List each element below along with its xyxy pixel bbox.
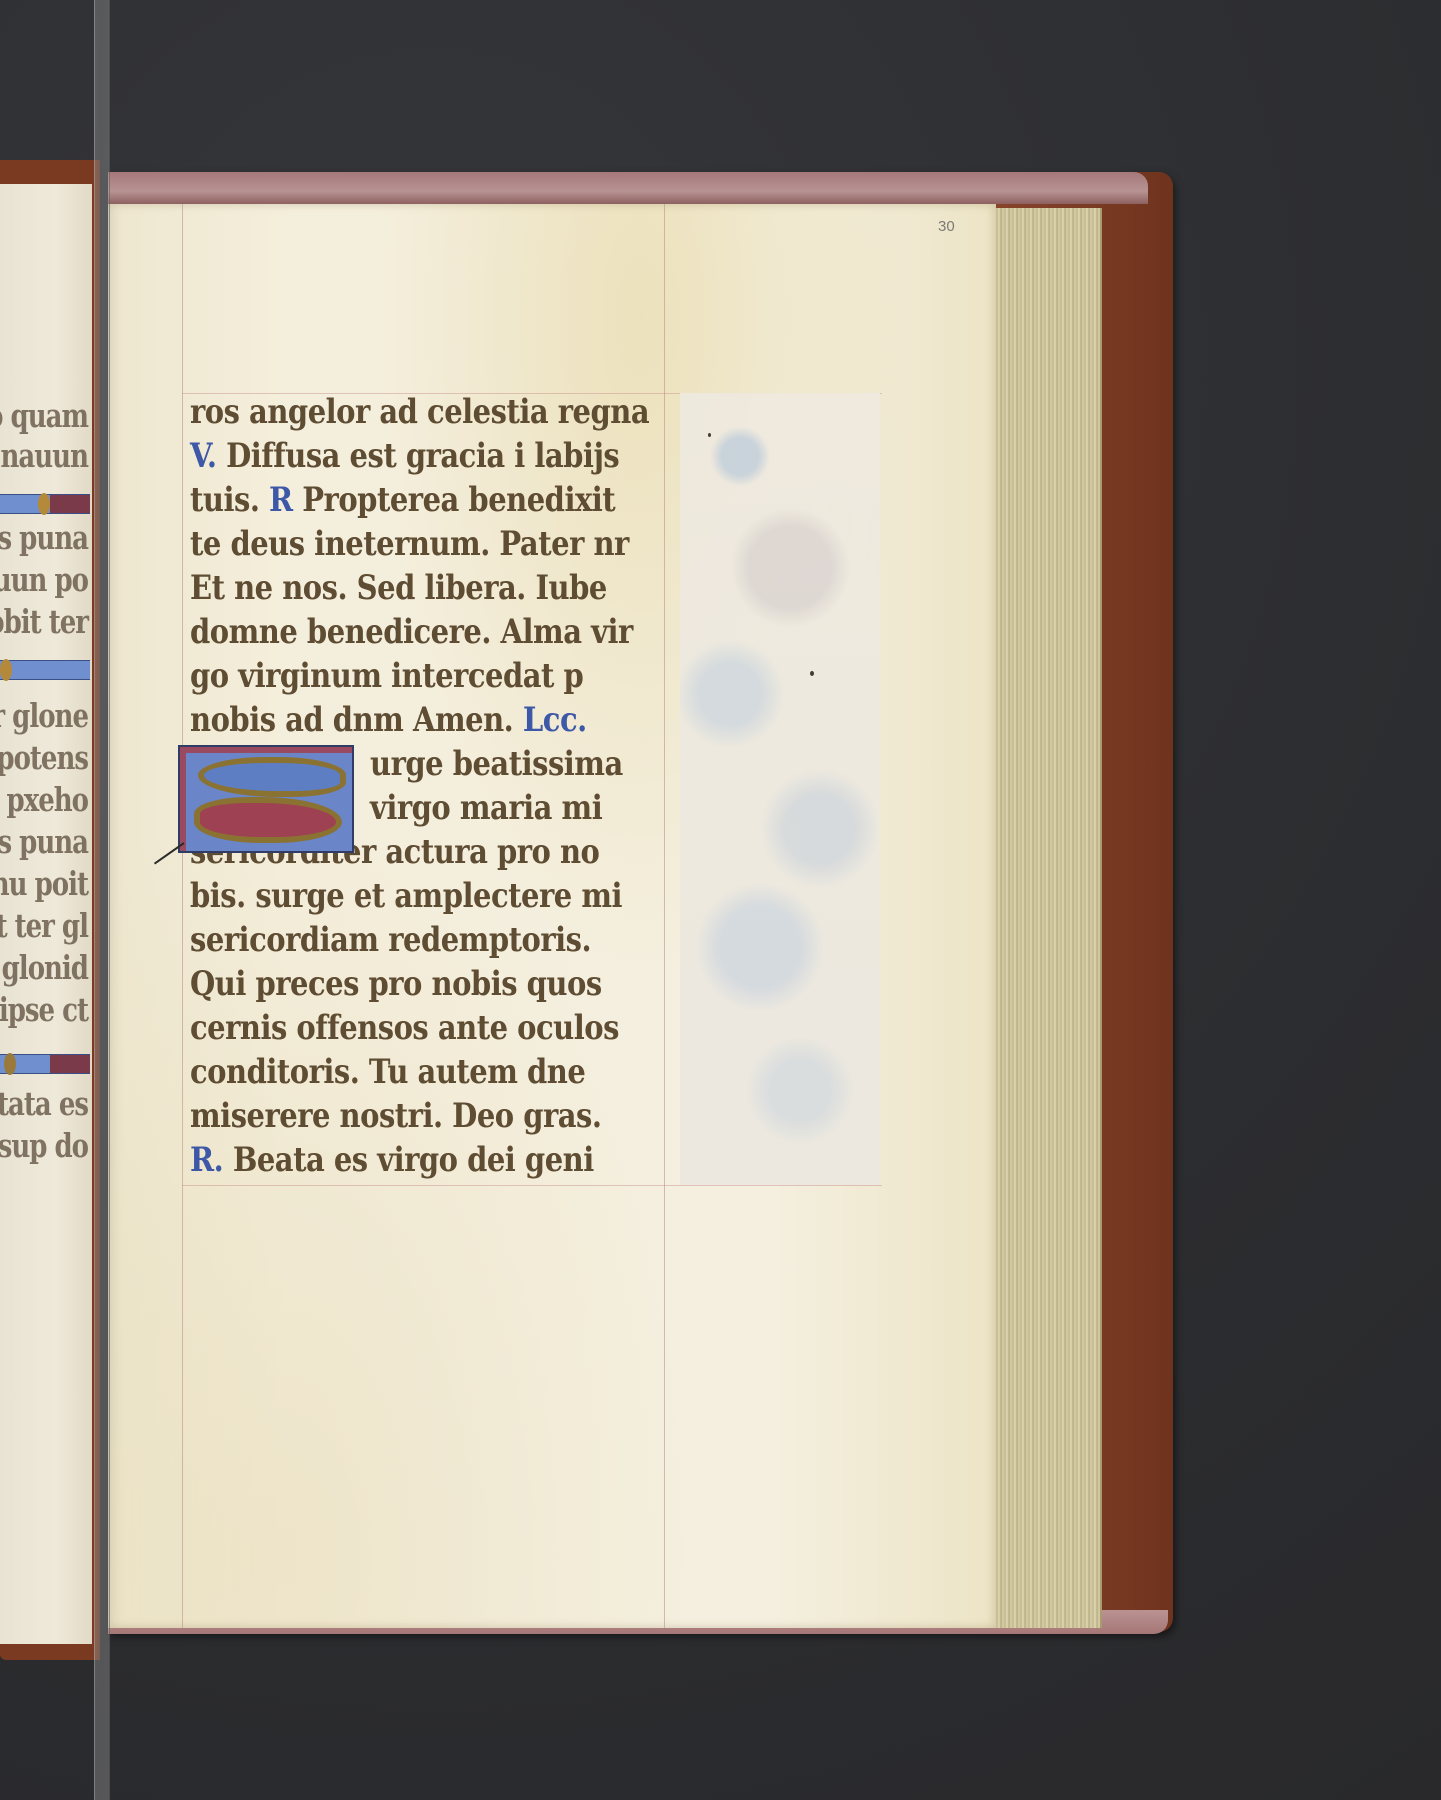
left-page-line: anu poit — [0, 866, 88, 904]
left-page: o quam nauun as puna anuun po robit ter … — [0, 184, 92, 1644]
left-page-line: anuun po — [0, 562, 88, 600]
line-filler-bar — [0, 1054, 90, 1074]
response-mark: R — [269, 480, 293, 519]
page-fore-edges — [995, 208, 1102, 1628]
left-page-line: as puna — [0, 520, 88, 558]
versicle-mark: V. — [190, 436, 217, 475]
ruling-line-bottom — [182, 1185, 882, 1186]
left-page-line: r sup do — [0, 1128, 88, 1166]
response-mark: R. — [190, 1140, 223, 1179]
folio-number: 30 — [938, 218, 955, 235]
ink-speck — [810, 671, 814, 676]
rubric-lesson-mark: Lcc. — [523, 700, 587, 739]
line-text: Propterea benedixit — [302, 480, 615, 519]
left-page-line: robit ter — [0, 604, 88, 642]
left-page-line: ter glone — [0, 698, 88, 736]
line-text: Beata es virgo dei geni — [233, 1140, 594, 1179]
left-page-line: x glonid — [0, 950, 88, 988]
left-page-line: bit ter gl — [0, 908, 88, 946]
left-page-line: nauun — [1, 438, 88, 476]
line-filler-bar — [0, 494, 90, 514]
left-page-line: tt potens — [0, 740, 88, 778]
line-text: Diffusa est gracia i labijs — [226, 436, 619, 475]
left-page-line: altata es — [0, 1086, 88, 1124]
ruling-line-right — [664, 204, 665, 1628]
line-text: nobis ad dnm Amen. — [190, 700, 513, 739]
binding-headcap — [108, 172, 1148, 204]
ink-speck — [708, 433, 711, 437]
left-page-line: as puna — [0, 824, 88, 862]
illuminated-initial: S — [178, 745, 354, 853]
left-page-line: in pxeho — [0, 782, 88, 820]
left-page-line: n ipse ct — [0, 992, 88, 1030]
line-filler-bar — [0, 660, 90, 680]
faded-border-decoration — [680, 393, 880, 1185]
glass-page-holder-strip — [94, 0, 110, 1800]
left-page-line: o quam — [0, 398, 88, 436]
text-line-18: R. Beata es virgo dei geni — [190, 1134, 594, 1185]
ruling-line-left — [182, 204, 183, 1628]
line-text: tuis. — [190, 480, 259, 519]
